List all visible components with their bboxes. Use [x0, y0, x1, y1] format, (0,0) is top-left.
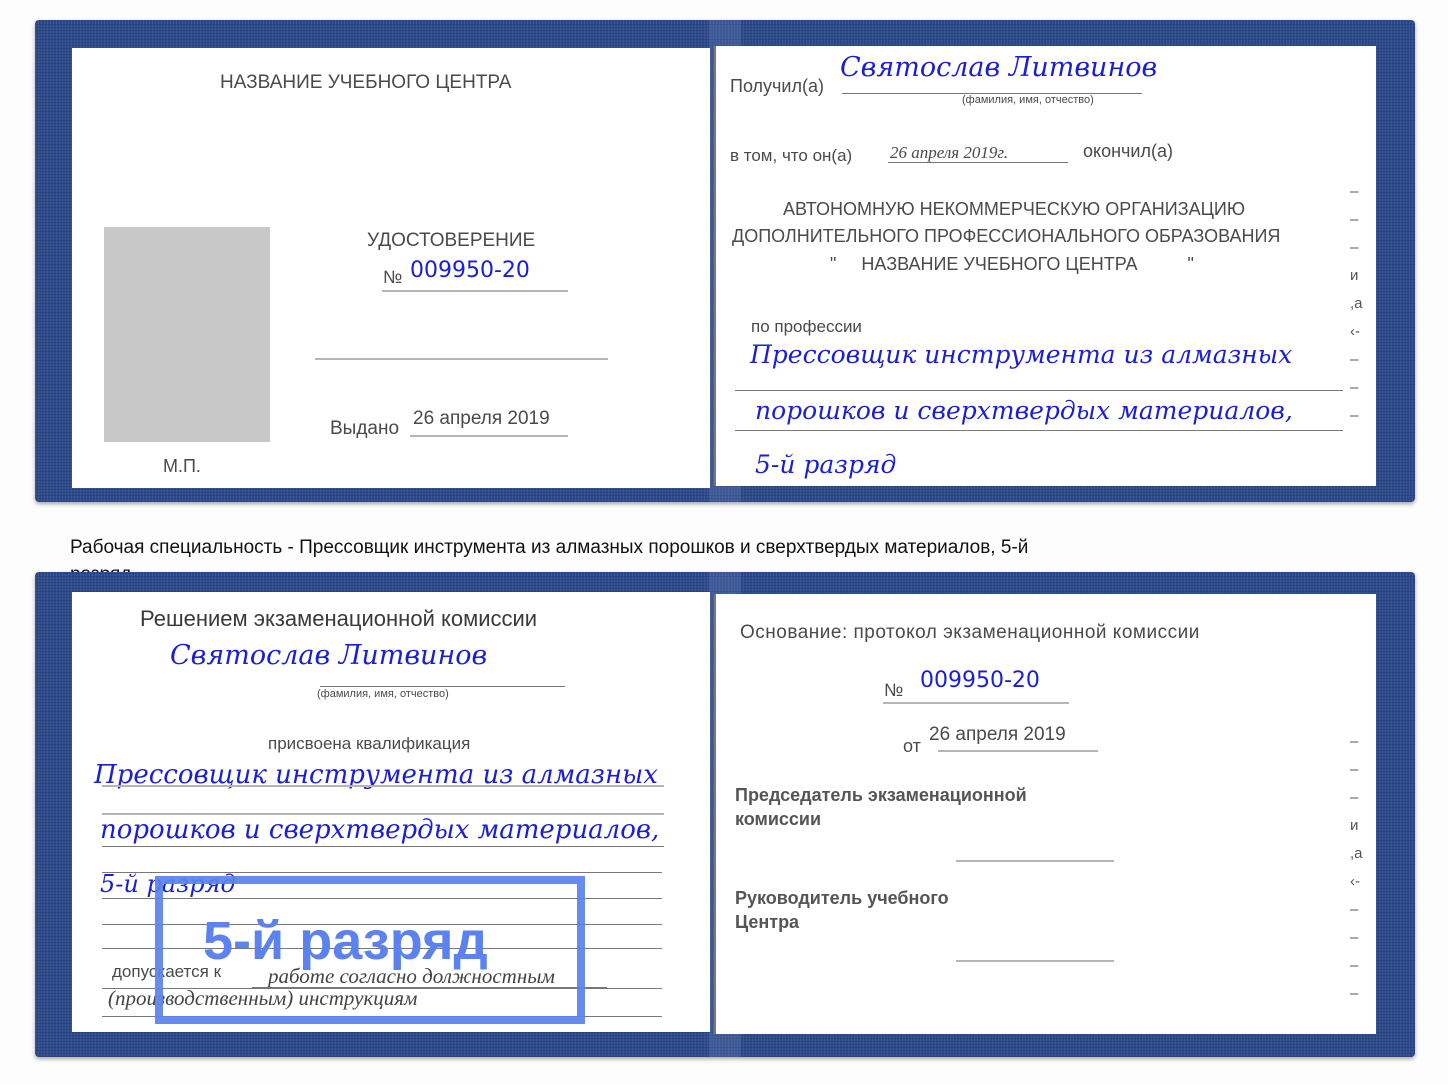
fio-hint-bottom: (фамилия, имя, отчество) — [317, 688, 449, 700]
from-label: от — [903, 736, 921, 757]
protocol-number: 009950-20 — [920, 668, 1040, 693]
issued-label: Выдано — [330, 418, 399, 440]
head-line-2: Центра — [735, 912, 799, 933]
profession-line-3: 5-й разряд — [755, 450, 896, 479]
rule-1 — [102, 872, 662, 873]
issued-date: 26 апреля 2019 — [413, 408, 550, 430]
qual-underline-3 — [102, 846, 664, 847]
blank-underline — [315, 358, 608, 360]
profession-line-2: порошков и сверхтвердых материалов, — [755, 396, 1293, 425]
qual-underline-1 — [102, 785, 664, 787]
issued-underline — [410, 435, 568, 437]
number-sign: № — [383, 267, 402, 288]
from-date: 26 апреля 2019 — [929, 724, 1066, 746]
qualification-line-2: порошков и сверхтвердых материалов, — [100, 815, 659, 845]
center-name: НАЗВАНИЕ УЧЕБНОГО ЦЕНТРА — [220, 72, 512, 94]
received-label: Получил(а) — [730, 76, 824, 97]
chairman-signature-line — [956, 860, 1114, 862]
stamp-place: М.П. — [163, 456, 201, 477]
org-line-3: " НАЗВАНИЕ УЧЕБНОГО ЦЕНТРА " — [830, 254, 1194, 275]
from-date-underline — [938, 750, 1098, 752]
graduate-underline — [320, 686, 565, 687]
profession-label: по профессии — [751, 317, 862, 337]
protocol-number-underline — [883, 702, 1069, 704]
that-label: в том, что он(а) — [730, 146, 852, 166]
fio-hint: (фамилия, имя, отчество) — [962, 94, 1094, 106]
org-line-2: ДОПОЛНИТЕЛЬНОГО ПРОФЕССИОНАЛЬНОГО ОБРАЗО… — [732, 226, 1280, 247]
finished-label: окончил(а) — [1083, 141, 1173, 162]
chairman-line-1: Председатель экзаменационной — [735, 785, 1027, 806]
qualification-label: присвоена квалификация — [268, 734, 470, 754]
photo-placeholder — [104, 227, 270, 442]
finish-date: 26 апреля 2019г. — [890, 143, 1008, 163]
certificate-number: 009950-20 — [410, 258, 530, 283]
doc-title: УДОСТОВЕРЕНИЕ — [367, 230, 535, 252]
decision-label: Решением экзаменационной комиссии — [140, 606, 537, 632]
recipient-name: Святослав Литвинов — [840, 52, 1157, 83]
profession-underline-1 — [735, 390, 1343, 391]
number-sign-bottom: № — [884, 680, 903, 701]
margin-marks-bottom: –––и,а‹-–––– — [1350, 728, 1363, 1008]
graduate-name: Святослав Литвинов — [170, 640, 487, 671]
chairman-line-2: комиссии — [735, 809, 821, 830]
finish-date-underline — [888, 162, 1068, 163]
org-line-1: АВТОНОМНУЮ НЕКОММЕРЧЕСКУЮ ОРГАНИЗАЦИЮ — [783, 199, 1245, 220]
number-underline — [382, 290, 568, 292]
head-signature-line — [956, 960, 1114, 962]
margin-marks-top: –––и,а‹-––– — [1350, 178, 1363, 430]
grade-stamp-text: 5-й разряд — [203, 910, 488, 972]
profession-line-1: Прессовщик инструмента из алмазных — [750, 340, 1292, 369]
profession-underline-2 — [735, 430, 1343, 431]
basis-label: Основание: протокол экзаменационной коми… — [740, 622, 1200, 644]
head-line-1: Руководитель учебного — [735, 888, 949, 909]
